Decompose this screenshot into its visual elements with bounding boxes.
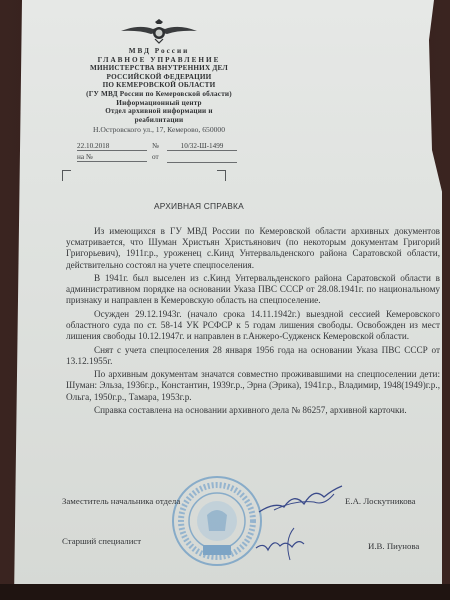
paragraph: Из имеющихся в ГУ МВД России по Кемеровс… [66, 226, 440, 271]
paragraph: По архивным документам значатся совместн… [66, 369, 440, 403]
header-line: ПО КЕМЕРОВСКОЙ ОБЛАСТИ [74, 81, 244, 90]
header-line: МВД России [74, 47, 244, 56]
paragraph: Осужден 29.12.1943г. (начало срока 14.11… [66, 309, 440, 343]
document-date: 22.10.2018 [77, 142, 147, 151]
mvd-eagle-emblem-icon [119, 18, 199, 44]
paragraph: Снят с учета спецпоселения 28 января 195… [66, 345, 440, 367]
header-line: (ГУ МВД России по Кемеровской области) [74, 90, 244, 99]
signer-1-position: Заместитель начальника отдела [62, 496, 180, 506]
document-number: 10/32-Ш-1499 [167, 142, 237, 151]
document-body: Из имеющихся в ГУ МВД России по Кемеровс… [66, 226, 440, 418]
to-number-label: на № [77, 153, 147, 162]
document-page: МВД России ГЛАВНОЕ УПРАВЛЕНИЕ МИНИСТЕРСТ… [14, 0, 442, 588]
address: Н.Островского ул., 17, Кемерово, 650000 [74, 125, 244, 134]
header-line: МИНИСТЕРСТВА ВНУТРЕННИХ ДЕЛ [74, 64, 244, 73]
from-label: от [152, 153, 159, 161]
number-label: № [152, 142, 159, 150]
document-title: АРХИВНАЯ СПРАВКА [154, 201, 244, 211]
official-round-seal-icon [171, 475, 263, 567]
signature-1 [254, 482, 344, 522]
paragraph: Справка составлена на основании архивног… [66, 405, 440, 416]
header-line: Отдел архивной информации и [74, 107, 244, 116]
paragraph: В 1941г. был выселен из с.Кинд Унтерваль… [66, 273, 440, 307]
desk-edge [0, 584, 450, 600]
signer-2-position: Старший специалист [62, 536, 141, 546]
letterhead: МВД России ГЛАВНОЕ УПРАВЛЕНИЕ МИНИСТЕРСТ… [74, 18, 244, 134]
header-line: Информационный центр [74, 99, 244, 108]
signer-2-name: И.В. Пиунова [368, 541, 419, 551]
signature-2 [254, 520, 314, 565]
header-line: реабилитации [74, 116, 244, 125]
address-corner-left [62, 170, 71, 181]
header-line: ГЛАВНОЕ УПРАВЛЕНИЕ [74, 56, 244, 65]
from-line [167, 153, 237, 163]
address-corner-right [217, 170, 226, 181]
signer-1-name: Е.А. Лоскутникова [345, 496, 416, 506]
